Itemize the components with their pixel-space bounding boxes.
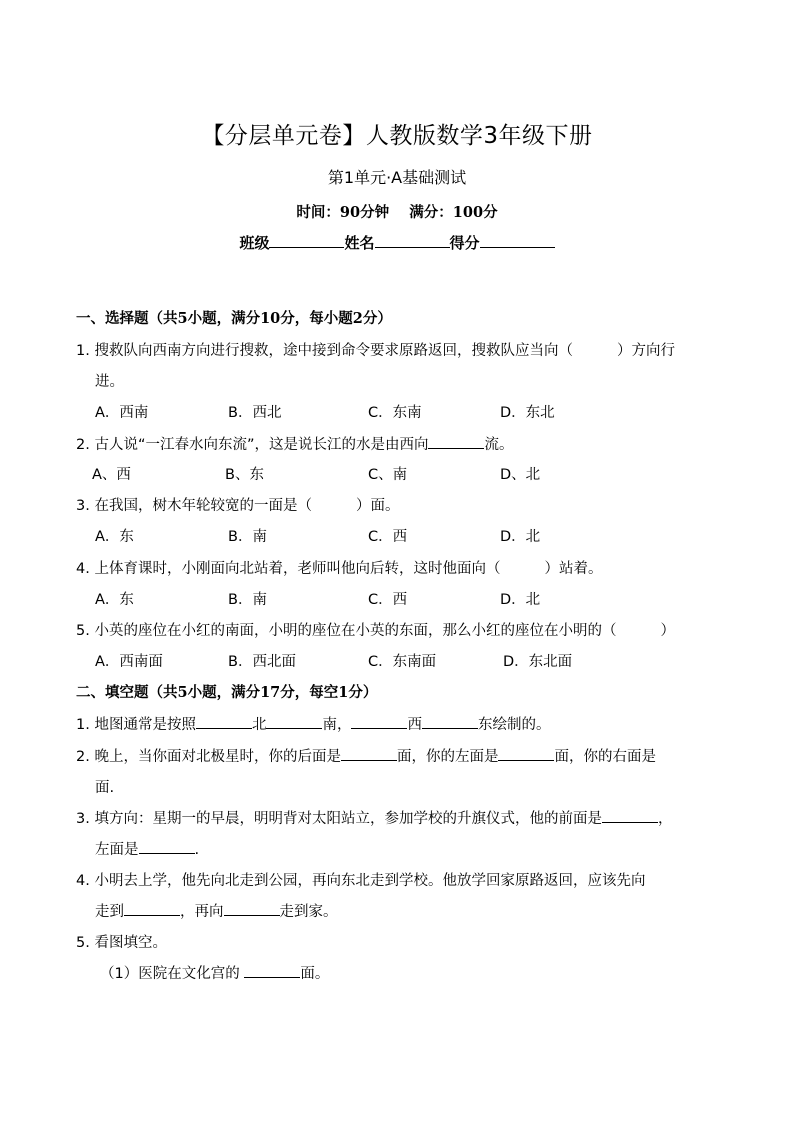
question-text: 南， — [322, 717, 351, 733]
question-1-continuation: 进。 — [95, 370, 124, 391]
document-title: 【分层单元卷】人教版数学3年级下册 — [0, 117, 794, 150]
option-b[interactable]: B．西北面 — [228, 650, 296, 671]
answer-blank[interactable] — [244, 964, 300, 978]
question-text: 1. 搜救队向西南方向进行搜救，途中接到命令要求原路返回，搜救队应当向（ — [76, 343, 573, 359]
question-text: 4. 小明去上学，他先向北走到公园，再向东北走到学校。他放学回家原路返回，应该先… — [76, 873, 645, 889]
question-text: 2. 古人说“一江春水向东流”，这是说长江的水是由西向 — [76, 437, 428, 453]
option-b[interactable]: B、东 — [225, 463, 264, 484]
score-field[interactable] — [480, 233, 555, 248]
question-text: 5. 小英的座位在小红的南面，小明的座位在小英的东面，那么小红的座位在小明的（ — [76, 623, 616, 639]
question-text: 东绘制的。 — [478, 717, 551, 733]
answer-blank[interactable] — [422, 715, 478, 729]
option-d[interactable]: D．东北 — [500, 401, 555, 422]
question-text: 走到家。 — [280, 904, 338, 920]
choice-question-1: 1. 搜救队向西南方向进行搜救，途中接到命令要求原路返回，搜救队应当向（）方向行 — [76, 339, 675, 360]
question-text: （1）医院在文化宫的 — [100, 966, 240, 982]
option-b[interactable]: B．西北 — [228, 401, 281, 422]
option-a[interactable]: A．西南 — [95, 401, 148, 422]
question-text: 面。 — [300, 966, 329, 982]
choice-question-3: 3. 在我国，树木年轮较宽的一面是（）面。 — [76, 494, 399, 515]
score-field-label: 得分 — [450, 234, 480, 252]
answer-blank[interactable] — [498, 747, 554, 761]
fill-question-5-sub-1: （1）医院在文化宫的 面。 — [100, 962, 329, 983]
choice-question-2: 2. 古人说“一江春水向东流”，这是说长江的水是由西向流。 — [76, 433, 513, 454]
question-text: 北 — [252, 717, 267, 733]
question-text: ）方向行 — [617, 343, 675, 359]
option-a[interactable]: A、西 — [92, 463, 131, 484]
option-d[interactable]: D、北 — [500, 463, 540, 484]
option-c[interactable]: C．西 — [368, 525, 407, 546]
time-label: 时间：90分钟 — [296, 204, 389, 221]
option-a[interactable]: A．西南面 — [95, 650, 163, 671]
fill-question-2: 2. 晚上，当你面对北极星时，你的后面是面，你的左面是面，你的右面是 — [76, 745, 656, 766]
fill-question-4-continuation: 走到，再向走到家。 — [95, 900, 338, 921]
fill-question-3-continuation: 左面是. — [95, 838, 199, 859]
choice-question-5: 5. 小英的座位在小红的南面，小明的座位在小英的东面，那么小红的座位在小明的（） — [76, 619, 675, 640]
score-label: 满分：100分 — [409, 204, 497, 221]
question-text: 1. 地图通常是按照 — [76, 717, 196, 733]
question-text: 走到 — [95, 904, 124, 920]
answer-blank[interactable] — [124, 902, 180, 916]
option-b[interactable]: B．南 — [228, 588, 267, 609]
option-c[interactable]: C．西 — [368, 588, 407, 609]
exam-meta: 时间：90分钟 满分：100分 — [0, 201, 794, 222]
answer-blank[interactable] — [341, 747, 397, 761]
option-d[interactable]: D．北 — [500, 525, 540, 546]
question-text: 流。 — [484, 437, 513, 453]
answer-blank[interactable] — [428, 435, 484, 449]
fill-question-1: 1. 地图通常是按照北南，西东绘制的。 — [76, 713, 550, 734]
fill-question-3: 3. 填方向：星期一的早晨，明明背对太阳站立，参加学校的升旗仪式，他的前面是， — [76, 807, 672, 828]
question-text: 西 — [407, 717, 422, 733]
answer-blank[interactable] — [224, 902, 280, 916]
option-c[interactable]: C．东南 — [368, 401, 422, 422]
question-text: 3. 填方向：星期一的早晨，明明背对太阳站立，参加学校的升旗仪式，他的前面是 — [76, 811, 602, 827]
question-text: 4. 上体育课时，小刚面向北站着，老师叫他向后转，这时他面向（ — [76, 561, 500, 577]
fill-question-2-continuation: 面. — [95, 776, 114, 797]
answer-blank[interactable] — [602, 809, 658, 823]
question-text: 3. 在我国，树木年轮较宽的一面是（ — [76, 498, 312, 514]
question-text: 面，你的左面是 — [397, 749, 499, 765]
name-label: 姓名 — [344, 234, 374, 252]
question-text: ）面。 — [356, 498, 400, 514]
question-text: ，再向 — [180, 904, 224, 920]
name-field[interactable] — [375, 233, 450, 248]
section-heading-choice: 一、选择题（共5小题，满分10分，每小题2分） — [76, 307, 392, 328]
option-c[interactable]: C．东南面 — [368, 650, 436, 671]
class-field[interactable] — [269, 233, 344, 248]
question-text: ） — [660, 623, 675, 639]
answer-blank[interactable] — [351, 715, 407, 729]
class-label: 班级 — [239, 234, 269, 252]
question-text: ， — [658, 811, 673, 827]
fill-question-5: 5. 看图填空。 — [76, 931, 167, 952]
option-a[interactable]: A．东 — [95, 525, 134, 546]
question-text: ）站着。 — [544, 561, 602, 577]
section-heading-fill-blank: 二、填空题（共5小题，满分17分，每空1分） — [76, 681, 377, 702]
question-text: 面，你的右面是 — [554, 749, 656, 765]
document-subtitle: 第1单元·A基础测试 — [0, 165, 794, 188]
option-b[interactable]: B．南 — [228, 525, 267, 546]
question-text: 2. 晚上，当你面对北极星时，你的后面是 — [76, 749, 341, 765]
option-d[interactable]: D．北 — [500, 588, 540, 609]
option-a[interactable]: A．东 — [95, 588, 134, 609]
question-text: . — [195, 842, 200, 858]
option-d[interactable]: D．东北面 — [503, 650, 572, 671]
answer-blank[interactable] — [139, 840, 195, 854]
answer-blank[interactable] — [196, 715, 252, 729]
fill-question-4: 4. 小明去上学，他先向北走到公园，再向东北走到学校。他放学回家原路返回，应该先… — [76, 869, 645, 890]
option-c[interactable]: C、南 — [368, 463, 407, 484]
choice-question-4: 4. 上体育课时，小刚面向北站着，老师叫他向后转，这时他面向（）站着。 — [76, 557, 602, 578]
question-text: 左面是 — [95, 842, 139, 858]
student-info-line: 班级姓名得分 — [0, 232, 794, 253]
answer-blank[interactable] — [266, 715, 322, 729]
